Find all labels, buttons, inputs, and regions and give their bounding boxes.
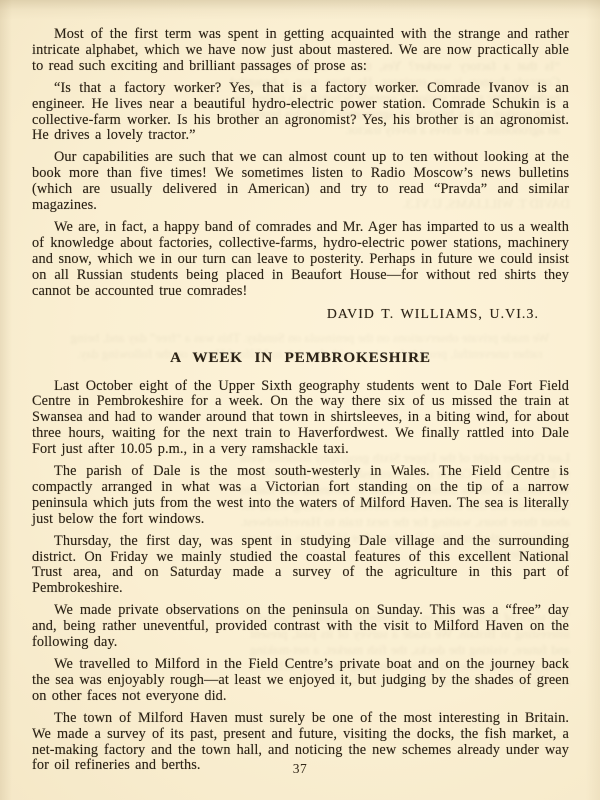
paragraph: The parish of Dale is the most south-wes… [32,464,569,528]
byline: DAVID T. WILLIAMS, U.VI.3. [32,306,539,322]
pembrokeshire-article: A WEEK IN PEMBROKESHIRE Last October eig… [32,349,569,775]
russian-article-body: Most of the first term was spent in gett… [32,27,569,300]
page-content: Most of the first term was spent in gett… [0,0,600,774]
paragraph: Our capabilities are such that we can al… [32,150,569,214]
paragraph: Last October eight of the Upper Sixth ge… [32,379,569,459]
magazine-page: “Is that a factory worker? Yes, that is … [0,0,600,800]
paragraph: We made private observations on the peni… [32,603,569,651]
russian-article: Most of the first term was spent in gett… [32,27,569,322]
page-number: 37 [0,761,600,777]
pembrokeshire-article-body: Last October eight of the Upper Sixth ge… [32,379,569,775]
paragraph: We are, in fact, a happy band of comrade… [32,220,569,300]
paragraph: “Is that a factory worker? Yes, that is … [32,81,569,145]
paragraph: We travelled to Milford in the Field Cen… [32,657,569,705]
paragraph: Most of the first term was spent in gett… [32,27,569,75]
paragraph: Thursday, the first day, was spent in st… [32,534,569,598]
article-heading: A WEEK IN PEMBROKESHIRE [32,349,569,366]
